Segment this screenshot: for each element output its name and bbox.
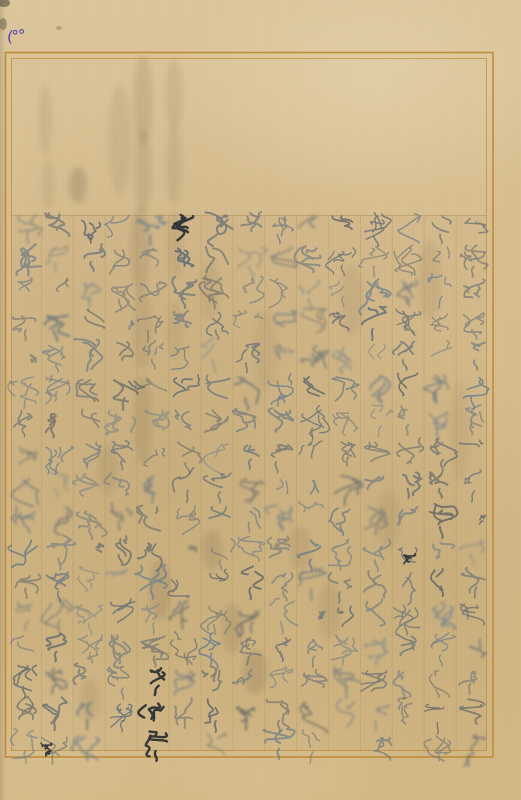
handwritten-glyph <box>174 375 199 397</box>
ink-smudge <box>450 380 470 480</box>
handwritten-glyph <box>365 477 383 490</box>
handwritten-glyph <box>57 278 69 291</box>
handwritten-glyph <box>233 409 256 432</box>
handwritten-glyph <box>205 699 218 732</box>
handwritten-glyph <box>398 373 418 395</box>
handwritten-glyph <box>332 377 358 401</box>
handwritten-glyph <box>168 580 189 597</box>
handwritten-glyph <box>460 540 485 564</box>
handwritten-glyph <box>480 516 486 524</box>
handwritten-glyph <box>50 473 69 498</box>
handwritten-glyph <box>175 410 190 430</box>
handwritten-glyph <box>240 478 263 503</box>
ink-smudge <box>289 526 311 570</box>
handwritten-glyph <box>204 444 228 478</box>
handwritten-glyph <box>269 408 294 432</box>
frame-inner <box>12 59 487 751</box>
ink-smudge <box>134 128 152 212</box>
manuscript-column <box>459 219 489 767</box>
handwritten-glyph <box>365 213 391 247</box>
handwritten-glyph <box>371 405 393 437</box>
handwritten-glyph <box>398 406 408 435</box>
handwritten-glyph <box>111 704 132 732</box>
handwritten-glyph <box>366 600 385 626</box>
manuscript-column <box>295 215 330 764</box>
handwritten-glyph <box>375 705 389 730</box>
handwritten-glyph <box>17 696 36 719</box>
handwritten-glyph <box>15 574 40 598</box>
handwritten-glyph <box>301 308 327 333</box>
handwritten-glyph <box>268 536 290 557</box>
handwritten-glyph <box>47 535 76 570</box>
ink-smudge <box>69 167 87 203</box>
handwritten-glyph <box>14 411 32 437</box>
handwritten-glyph <box>295 246 321 272</box>
handwritten-glyph <box>46 414 56 438</box>
handwritten-glyph <box>398 697 412 724</box>
handwritten-glyph <box>341 442 355 466</box>
manuscript-column <box>8 215 42 763</box>
manuscript-column <box>263 217 297 759</box>
handwritten-glyph <box>13 665 36 697</box>
handwritten-glyph <box>398 635 416 656</box>
handwritten-glyph <box>209 507 230 518</box>
handwritten-glyph <box>394 245 422 275</box>
handwritten-glyph <box>244 445 259 468</box>
handwritten-glyph <box>175 698 192 728</box>
handwritten-glyph <box>465 219 488 233</box>
handwritten-glyph <box>301 346 328 368</box>
handwritten-glyph <box>12 506 35 533</box>
handwritten-glyph <box>151 668 165 695</box>
handwritten-glyph <box>337 699 355 727</box>
handwritten-glyph <box>364 571 386 597</box>
handwritten-glyph <box>431 569 443 596</box>
handwritten-glyph <box>398 507 417 525</box>
handwritten-glyph <box>202 338 216 373</box>
handwritten-glyph <box>173 468 194 502</box>
handwritten-glyph <box>82 221 100 243</box>
handwritten-glyph <box>137 506 160 531</box>
paper-specks <box>0 0 62 30</box>
handwritten-glyph <box>431 341 452 356</box>
handwritten-glyph <box>111 503 132 531</box>
manuscript-column <box>168 215 202 728</box>
handwritten-glyph <box>237 707 255 730</box>
handwritten-glyph <box>429 671 449 698</box>
handwritten-glyph <box>460 699 485 724</box>
handwritten-glyph <box>393 342 414 370</box>
ink-smudge <box>166 125 182 205</box>
handwritten-glyph <box>169 601 189 629</box>
handwritten-glyph <box>105 411 135 435</box>
handwritten-glyph <box>238 537 265 561</box>
handwritten-glyph <box>17 244 42 276</box>
handwritten-glyph <box>332 635 358 665</box>
handwritten-glyph <box>263 729 294 759</box>
handwritten-glyph <box>271 445 292 473</box>
handwritten-glyph <box>174 670 194 695</box>
handwritten-glyph <box>46 572 68 602</box>
handwritten-glyph <box>74 339 102 371</box>
handwritten-glyph <box>19 448 37 465</box>
handwritten-glyph <box>116 536 131 565</box>
handwritten-glyph <box>84 244 105 271</box>
handwritten-glyph <box>465 470 481 502</box>
handwritten-glyph <box>234 378 259 410</box>
ink-smudge <box>221 603 243 653</box>
handwritten-glyph <box>138 704 163 721</box>
handwritten-glyph <box>299 215 318 228</box>
handwritten-glyph <box>110 250 130 275</box>
handwritten-glyph <box>302 670 327 688</box>
handwritten-glyph <box>55 507 72 534</box>
handwritten-glyph <box>269 279 287 308</box>
handwritten-glyph <box>299 441 322 459</box>
ink-smudge <box>133 290 153 370</box>
handwritten-glyph <box>470 639 486 657</box>
handwritten-glyph <box>82 409 100 428</box>
handwritten-glyph <box>106 570 127 576</box>
correction-glyph <box>41 743 52 756</box>
handwritten-glyph <box>332 216 352 229</box>
handwritten-glyph <box>96 543 104 552</box>
handwritten-glyph <box>41 599 73 632</box>
handwritten-glyph <box>178 442 202 474</box>
handwritten-glyph <box>464 279 485 297</box>
handwritten-glyph <box>365 638 389 665</box>
handwritten-glyph <box>171 632 197 665</box>
handwritten-glyph <box>111 599 135 623</box>
handwritten-glyph <box>18 215 42 243</box>
handwritten-glyph <box>393 671 410 699</box>
handwritten-glyph <box>300 280 320 310</box>
handwritten-glyph <box>31 355 37 362</box>
handwritten-glyph <box>430 413 448 439</box>
handwritten-glyph <box>47 668 67 694</box>
handwritten-glyph <box>11 729 37 763</box>
handwritten-glyph <box>300 702 327 732</box>
handwritten-glyph <box>430 504 458 539</box>
handwritten-glyph <box>460 245 488 277</box>
handwritten-glyph <box>43 697 67 730</box>
handwritten-glyph <box>78 567 99 591</box>
handwritten-glyph <box>398 214 420 243</box>
handwritten-glyph <box>205 410 229 433</box>
manuscript-column <box>41 213 75 764</box>
ink-smudge <box>108 85 132 195</box>
handwritten-glyph <box>46 633 66 661</box>
correction-mark <box>41 743 52 756</box>
ink-smudge <box>38 85 52 155</box>
handwritten-glyph <box>271 248 296 267</box>
handwritten-glyph <box>299 502 323 512</box>
handwritten-glyph <box>77 511 107 539</box>
frame-outer <box>6 53 494 758</box>
handwritten-glyph <box>460 604 484 625</box>
handwritten-glyph <box>335 476 363 506</box>
handwritten-glyph <box>274 311 296 327</box>
handwritten-glyph <box>431 633 455 666</box>
handwritten-glyph <box>45 213 69 236</box>
handwritten-glyph <box>248 508 260 532</box>
handwritten-glyph <box>108 667 129 700</box>
handwriting-layer <box>0 0 521 800</box>
handwritten-glyph <box>459 671 476 693</box>
handwritten-glyph <box>43 346 65 373</box>
handwritten-glyph <box>310 481 318 494</box>
handwritten-glyph <box>270 599 298 634</box>
handwritten-glyph <box>243 277 263 303</box>
manuscript-page: (°° <box>0 0 521 800</box>
handwritten-glyph <box>397 438 424 464</box>
handwritten-glyph <box>472 343 485 370</box>
handwritten-glyph <box>202 666 221 690</box>
handwritten-glyph <box>238 247 267 277</box>
handwritten-glyph <box>85 309 105 328</box>
handwritten-glyph <box>18 278 32 291</box>
handwritten-glyph <box>276 480 287 494</box>
ink-smudge <box>165 60 183 130</box>
handwritten-glyph <box>433 602 456 629</box>
handwritten-glyph <box>396 309 421 335</box>
handwritten-glyph <box>105 215 129 237</box>
ink-smudge <box>243 650 267 694</box>
handwritten-glyph <box>365 442 390 461</box>
handwritten-glyph <box>13 316 36 340</box>
handwritten-glyph <box>329 539 351 570</box>
handwritten-glyph <box>8 377 38 408</box>
handwritten-glyph <box>359 279 390 314</box>
handwritten-glyph <box>272 573 293 601</box>
handwritten-glyph <box>433 543 454 559</box>
handwritten-glyph <box>394 605 420 635</box>
handwritten-glyph <box>76 380 98 402</box>
handwritten-glyph <box>370 376 390 404</box>
handwritten-glyph <box>206 375 229 398</box>
handwritten-glyph <box>75 605 102 635</box>
handwritten-glyph <box>241 212 261 231</box>
handwritten-glyph <box>207 733 226 755</box>
handwritten-glyph <box>403 472 422 498</box>
handwritten-glyph <box>334 667 360 698</box>
handwritten-glyph <box>403 573 415 605</box>
handwritten-glyph <box>362 307 386 340</box>
handwritten-glyph <box>332 348 351 374</box>
handwritten-glyph <box>204 473 231 503</box>
handwritten-glyph <box>109 635 130 667</box>
handwritten-glyph <box>73 474 99 496</box>
handwritten-glyph <box>46 245 68 272</box>
handwritten-glyph <box>82 283 100 306</box>
handwritten-glyph <box>8 540 37 567</box>
handwritten-glyph <box>11 636 33 651</box>
handwritten-glyph <box>177 505 200 534</box>
handwritten-glyph <box>242 566 264 599</box>
manuscript-column <box>135 217 169 761</box>
handwritten-glyph <box>359 246 389 276</box>
handwritten-glyph <box>112 284 136 312</box>
handwritten-glyph <box>78 635 103 663</box>
handwritten-glyph <box>117 342 133 360</box>
handwritten-glyph <box>189 546 196 551</box>
ink-smudge <box>42 160 54 210</box>
handwritten-glyph <box>266 700 289 732</box>
handwritten-glyph <box>44 316 68 342</box>
handwritten-glyph <box>144 476 155 503</box>
manuscript-column <box>199 213 235 756</box>
handwritten-glyph <box>397 280 417 306</box>
handwritten-glyph <box>432 216 451 244</box>
handwritten-glyph <box>361 671 387 691</box>
handwritten-glyph <box>302 730 319 763</box>
handwritten-glyph <box>308 640 323 667</box>
handwritten-glyph <box>141 636 168 667</box>
handwritten-glyph <box>304 377 324 397</box>
handwritten-glyph <box>46 447 73 474</box>
handwritten-glyph <box>273 217 293 244</box>
handwritten-glyph <box>210 569 228 581</box>
handwritten-glyph <box>73 663 85 684</box>
handwritten-glyph <box>199 632 220 668</box>
handwritten-glyph <box>206 213 233 247</box>
handwritten-glyph <box>464 312 484 339</box>
handwritten-glyph <box>329 508 350 535</box>
handwritten-glyph <box>425 704 444 734</box>
handwritten-glyph <box>46 376 70 404</box>
handwritten-glyph <box>301 406 330 440</box>
handwritten-glyph <box>17 602 32 630</box>
handwritten-glyph <box>462 568 485 598</box>
handwritten-glyph <box>423 375 448 403</box>
handwritten-glyph <box>12 479 39 507</box>
handwritten-glyph <box>430 472 448 498</box>
handwritten-glyph <box>276 638 290 661</box>
handwritten-glyph <box>369 344 385 359</box>
handwritten-glyph <box>333 413 358 435</box>
handwritten-glyph <box>269 667 292 688</box>
handwritten-glyph <box>265 505 292 531</box>
handwritten-glyph <box>275 344 293 359</box>
